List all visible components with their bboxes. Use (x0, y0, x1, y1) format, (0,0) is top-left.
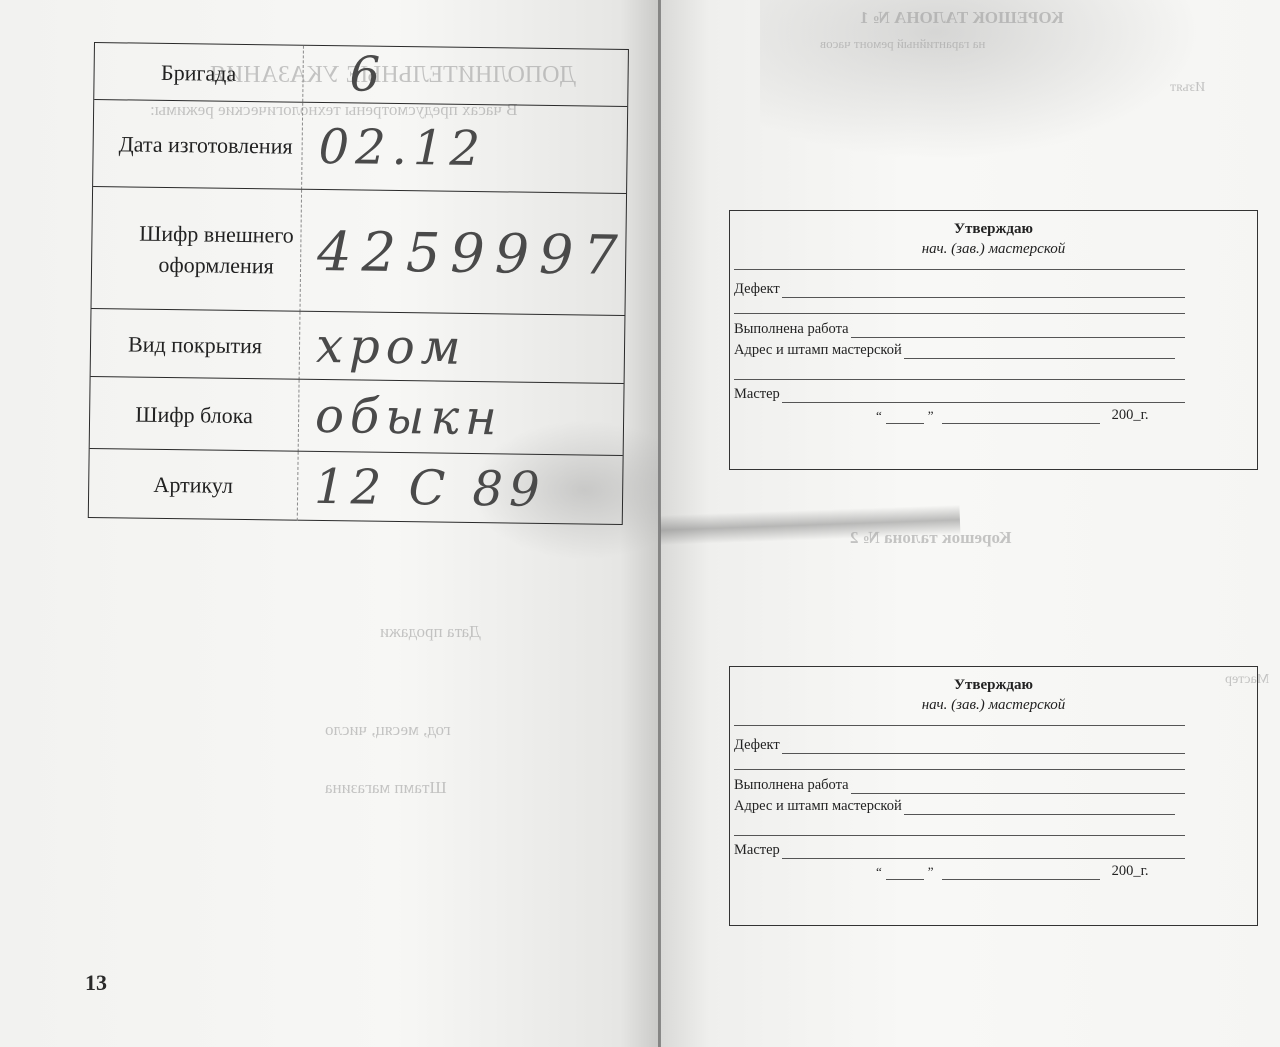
handwritten-value: 12 С 89 (314, 452, 613, 525)
master-field[interactable]: Мастер (734, 842, 1185, 859)
handwritten-value: обыкн (315, 380, 614, 456)
blank-line (734, 313, 1185, 314)
workshop-address-label: Адрес и штамп мастерской (734, 798, 902, 815)
row-label: Вид покрытия (91, 309, 300, 380)
workshop-address-field[interactable]: Адрес и штамп мастерской (734, 798, 1175, 815)
coupon-title: Утверждаю (730, 221, 1257, 238)
repair-coupon-2: Утверждаю нач. (зав.) мастерской Дефект … (729, 666, 1258, 926)
defect-label: Дефект (734, 737, 780, 754)
row-label: Артикул (89, 449, 298, 521)
table-row-article: Артикул 12 С 89 (89, 448, 623, 525)
bleed-through-text: год, месяц, число (325, 720, 451, 740)
row-label: Шифр блока (90, 377, 299, 452)
coupon-subtitle: нач. (зав.) мастерской (730, 697, 1257, 714)
column-divider (302, 46, 304, 102)
column-divider (297, 452, 299, 521)
year-label: 200_г. (1112, 407, 1149, 424)
handwritten-value: 02.12 (318, 103, 617, 194)
handwritten-value: 4259997 (316, 190, 616, 316)
handwritten-value: 6 (319, 46, 618, 106)
bleed-through-text: Штамп магазина (325, 778, 447, 798)
date-field[interactable]: “ ” 200_г. (876, 407, 1149, 424)
column-divider (298, 380, 300, 452)
workshop-address-label: Адрес и штамп мастерской (734, 342, 902, 359)
bleed-through-text: КОРЕШОК ТАЛОНА № 1 (860, 8, 1064, 28)
year-label: 200_г. (1112, 863, 1149, 880)
blank-line (734, 725, 1185, 726)
table-row-block-code: Шифр блока обыкн (90, 376, 624, 456)
blank-line (734, 769, 1185, 770)
defect-field[interactable]: Дефект (734, 281, 1185, 298)
work-done-field[interactable]: Выполнена работа (734, 321, 1185, 338)
quote-mark: “ (876, 408, 882, 424)
blank-line (734, 269, 1185, 270)
watch-info-table: Бригада 6 Дата изготовления 02.12 Шифр в… (88, 42, 629, 525)
master-label: Мастер (734, 386, 780, 403)
work-done-field[interactable]: Выполнена работа (734, 777, 1185, 794)
coupon-subtitle: нач. (зав.) мастерской (730, 241, 1257, 258)
bleed-through-text: Изъят (1170, 80, 1205, 96)
date-field[interactable]: “ ” 200_г. (876, 863, 1149, 880)
blank-line (734, 379, 1185, 380)
defect-field[interactable]: Дефект (734, 737, 1185, 754)
master-field[interactable]: Мастер (734, 386, 1185, 403)
table-row-coating-type: Вид покрытия хром (91, 308, 625, 384)
defect-label: Дефект (734, 281, 780, 298)
repair-coupon-1: Утверждаю нач. (зав.) мастерской Дефект … (729, 210, 1258, 470)
bleed-through-text: Дата продажи (380, 622, 481, 642)
table-row-manufacture-date: Дата изготовления 02.12 (93, 99, 627, 194)
workshop-address-field[interactable]: Адрес и штамп мастерской (734, 342, 1175, 359)
quote-mark: “ (876, 864, 882, 880)
table-row-brigade: Бригада 6 (94, 43, 628, 106)
bleed-through-text: на гарантийный ремонт часов (820, 36, 985, 52)
bleed-through-text: Корешок талона № 2 (850, 528, 1012, 548)
page-number: 13 (85, 970, 107, 996)
column-divider (299, 312, 301, 380)
coupon-title: Утверждаю (730, 677, 1257, 694)
handwritten-value: хром (316, 312, 615, 384)
master-label: Мастер (734, 842, 780, 859)
row-label: Дата изготовления (93, 100, 318, 190)
row-label: Бригада (94, 43, 303, 102)
work-done-label: Выполнена работа (734, 777, 849, 794)
table-row-design-code: Шифр внешнего оформления 4259997 (92, 186, 627, 316)
blank-line (734, 835, 1185, 836)
work-done-label: Выполнена работа (734, 321, 849, 338)
booklet-spine (658, 0, 661, 1047)
row-label: Шифр внешнего оформления (92, 187, 342, 312)
quote-mark: ” (928, 864, 934, 880)
quote-mark: ” (928, 408, 934, 424)
